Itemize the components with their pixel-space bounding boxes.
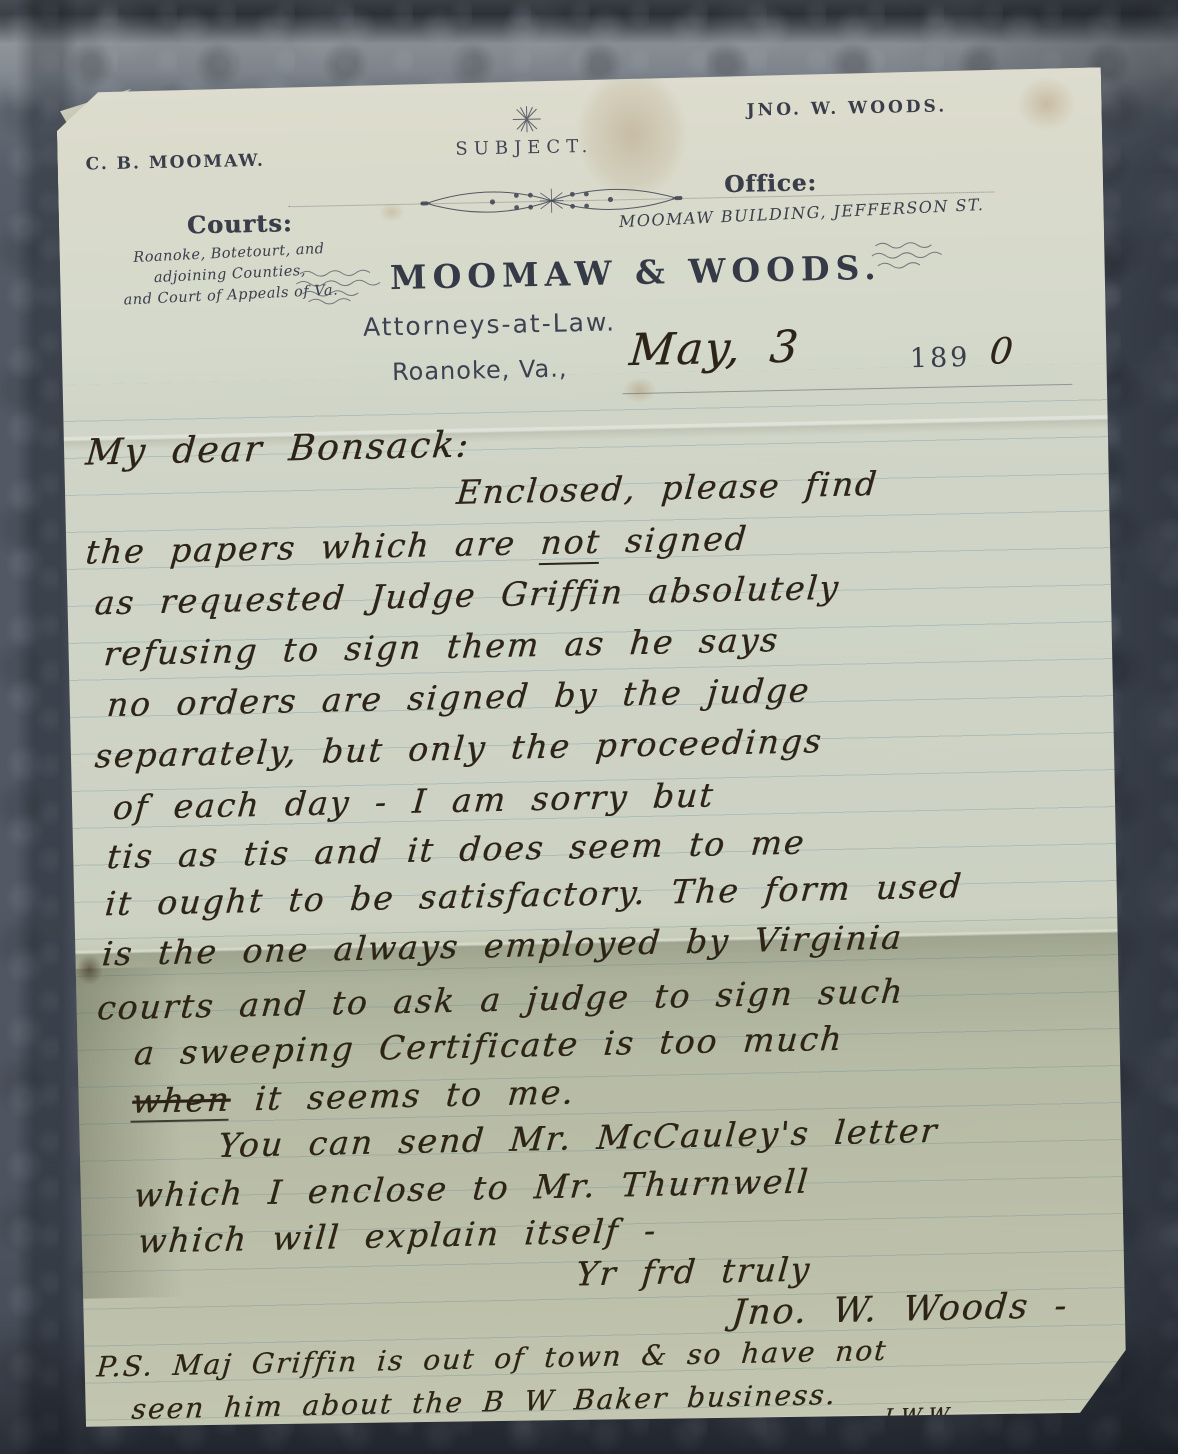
partner-right-name: JNO. W. WOODS. [746,96,947,120]
flourish-right-icon [871,238,958,278]
handwritten-year-digit: 0 [988,331,1016,373]
line-papers-post: signed [599,519,749,561]
courts-heading: Courts: [187,208,293,239]
struck-word: when [130,1080,232,1123]
printed-year: 189 [910,342,971,374]
signature: Jno. W. Woods - [730,1286,1070,1333]
salutation: My dear Bonsack: [84,424,472,473]
flourish-left-icon [296,266,383,306]
firm-name: MOOMAW & WOODS. [390,248,882,297]
dateline-place: Roanoke, Va., [392,354,568,386]
courts-line-1: Roanoke, Botetourt, and [133,241,325,266]
partner-left-name: C. B. MOOMAW. [85,151,265,175]
stain [1016,76,1077,132]
letter-paper: JNO. W. WOODS. SUBJECT. C. B. MOOMAW. [56,67,1129,1434]
office-heading: Office: [724,169,817,198]
underlined-word: not [539,522,603,565]
line-struck-rest: it seems to me. [229,1072,577,1118]
handwritten-date: May, 3 [627,322,802,377]
firm-tagline: Attorneys-at-Law. [363,307,617,341]
courts-line-2: adjoining Counties, [154,263,307,286]
stain [576,68,689,200]
subject-label: SUBJECT. [455,136,593,160]
closing: Yr frd truly [574,1249,812,1293]
star-ornament-icon [508,105,545,134]
photo-of-letter: JNO. W. WOODS. SUBJECT. C. B. MOOMAW. [0,0,1178,1454]
